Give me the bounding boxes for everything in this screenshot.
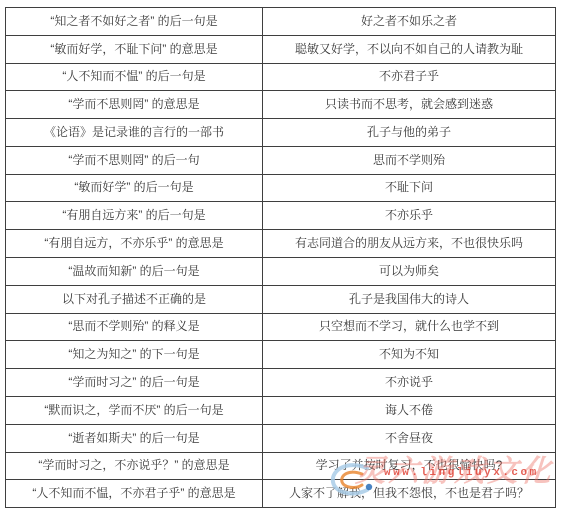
qa-answers-table: “知之者不如好之者” 的后一句是好之者不如乐之者“敏而好学，不耻下问” 的意思是… (5, 7, 556, 508)
answer-cell: 不知为不知 (263, 341, 555, 368)
table-row: “逝者如斯夫” 的后一句是不舍昼夜 (6, 425, 555, 453)
question-cell: “学而时习之” 的后一句是 (6, 369, 263, 396)
question-cell: “人不知而不愠” 的后一句是 (6, 64, 263, 91)
table-row: “人不知而不愠，不亦君子乎” 的意思是人家不了解我，但我不怨恨，不也是君子吗？ (6, 480, 555, 507)
question-cell: “学而不思则罔” 的后一句 (6, 147, 263, 174)
answer-cell: 不耻下问 (263, 175, 555, 202)
table-row: “温故而知新” 的后一句是可以为师矣 (6, 258, 555, 286)
table-row: “敏而好学，不耻下问” 的意思是聪敏又好学，不以向不如自己的人请教为耻 (6, 36, 555, 64)
table-row: “敏而好学” 的后一句是不耻下问 (6, 175, 555, 203)
answer-cell: 孔子是我国伟大的诗人 (263, 286, 555, 313)
question-cell: “学而时习之，不亦说乎？” 的意思是 (6, 453, 263, 480)
question-cell: 《论语》是记录谁的言行的一部书 (6, 119, 263, 146)
question-cell: 以下对孔子描述不正确的是 (6, 286, 263, 313)
answer-cell: 聪敏又好学，不以向不如自己的人请教为耻 (263, 36, 555, 63)
table-row: “有朋自远方，不亦乐乎” 的意思是有志同道合的朋友从远方来，不也很快乐吗 (6, 230, 555, 258)
table-row: 以下对孔子描述不正确的是孔子是我国伟大的诗人 (6, 286, 555, 314)
table-row: “思而不学则殆” 的释义是只空想而不学习，就什么也学不到 (6, 314, 555, 342)
table-row: “人不知而不愠” 的后一句是不亦君子乎 (6, 64, 555, 92)
answer-cell: 不亦君子乎 (263, 64, 555, 91)
answer-cell: 诲人不倦 (263, 397, 555, 424)
question-cell: “知之者不如好之者” 的后一句是 (6, 8, 263, 35)
question-cell: “思而不学则殆” 的释义是 (6, 314, 263, 341)
question-cell: “有朋自远方来” 的后一句是 (6, 202, 263, 229)
table-row: “知之者不如好之者” 的后一句是好之者不如乐之者 (6, 8, 555, 36)
answer-cell: 思而不学则殆 (263, 147, 555, 174)
answer-cell: 好之者不如乐之者 (263, 8, 555, 35)
table-row: “默而识之，学而不厌” 的后一句是诲人不倦 (6, 397, 555, 425)
question-cell: “学而不思则罔” 的意思是 (6, 91, 263, 118)
question-cell: “逝者如斯夫” 的后一句是 (6, 425, 263, 452)
question-cell: “知之为知之” 的下一句是 (6, 341, 263, 368)
table-row: “学而不思则罔” 的后一句思而不学则殆 (6, 147, 555, 175)
table-row: “有朋自远方来” 的后一句是不亦乐乎 (6, 202, 555, 230)
table-row: “学而时习之，不亦说乎？” 的意思是学习了并按时复习，不也很愉快吗? (6, 453, 555, 481)
answer-cell: 不舍昼夜 (263, 425, 555, 452)
answer-cell: 不亦乐乎 (263, 202, 555, 229)
answer-cell: 人家不了解我，但我不怨恨，不也是君子吗？ (263, 480, 555, 507)
table-row: 《论语》是记录谁的言行的一部书孔子与他的弟子 (6, 119, 555, 147)
answer-cell: 学习了并按时复习，不也很愉快吗? (263, 453, 555, 480)
question-cell: “默而识之，学而不厌” 的后一句是 (6, 397, 263, 424)
question-cell: “有朋自远方，不亦乐乎” 的意思是 (6, 230, 263, 257)
answer-cell: 不亦说乎 (263, 369, 555, 396)
answer-cell: 只读书而不思考，就会感到迷惑 (263, 91, 555, 118)
question-cell: “温故而知新” 的后一句是 (6, 258, 263, 285)
table-row: “学而时习之” 的后一句是不亦说乎 (6, 369, 555, 397)
answer-cell: 孔子与他的弟子 (263, 119, 555, 146)
answer-cell: 只空想而不学习，就什么也学不到 (263, 314, 555, 341)
table-row: “知之为知之” 的下一句是不知为不知 (6, 341, 555, 369)
question-cell: “人不知而不愠，不亦君子乎” 的意思是 (6, 480, 263, 507)
answer-cell: 有志同道合的朋友从远方来，不也很快乐吗 (263, 230, 555, 257)
question-cell: “敏而好学，不耻下问” 的意思是 (6, 36, 263, 63)
table-row: “学而不思则罔” 的意思是只读书而不思考，就会感到迷惑 (6, 91, 555, 119)
question-cell: “敏而好学” 的后一句是 (6, 175, 263, 202)
answer-cell: 可以为师矣 (263, 258, 555, 285)
